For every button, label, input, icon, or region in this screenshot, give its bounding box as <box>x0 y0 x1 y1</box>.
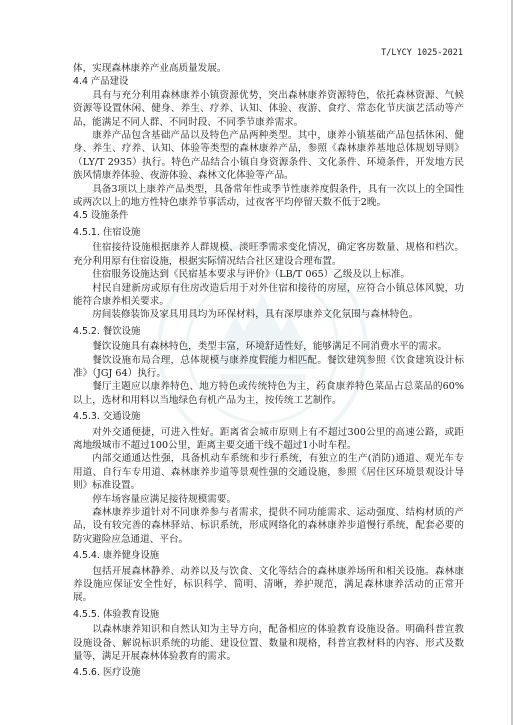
paragraph: 以森林康养知识和自然认知为主导方向，配备相应的体验教育设施设备。明确科普宣教设施… <box>73 623 464 663</box>
paragraph: 森林康养步道针对不同康养参与者需求，提供不同功能需求、运动强度、结构材质的产品，… <box>73 506 464 546</box>
section-heading-4-4: 4.4 产品建设 <box>73 75 464 88</box>
paragraph: 对外交通便捷，可进入性好。距离省会城市原则上有不超过300公里的高速公路，或距离… <box>73 426 464 453</box>
paragraph: 住宿接待设施根据康养人群规模、淡旺季需求变化情况，确定客房数量、规格和档次。充分… <box>73 241 464 268</box>
paragraph: 内部交通通达性强，具备机动车系统和步行系统，有独立的生产(消防)通道、观光车专用… <box>73 452 464 492</box>
paragraph: 康养产品包含基础产品以及特色产品两种类型。其中，康养小镇基础产品包括休闲、健身、… <box>73 129 464 183</box>
paragraph: 体，实现森林康养产业高质量发展。 <box>73 62 464 75</box>
section-heading-4-5-4: 4.5.4. 康养健身设施 <box>73 549 464 562</box>
document-code: T/LYCY 1025-2021 <box>380 48 463 58</box>
section-heading-4-5-3: 4.5.3. 交通设施 <box>73 410 464 423</box>
paragraph: 餐饮设施具有森林特色，类型丰富，环境舒适性好，能够满足不同消费水平的需求。 <box>73 340 464 353</box>
paragraph: 停车场容量应满足接待规模需要。 <box>73 493 464 506</box>
paragraph: 包括开展森林静养、动养以及与饮食、文化等结合的森林康养场所和相关设施。森林康养设… <box>73 565 464 605</box>
section-heading-4-5-6: 4.5.6. 医疗设施 <box>73 666 464 679</box>
paragraph: 餐厅主题应以康养特色、地方特色或传统特色为主，药食康养特色菜品占总菜品的60%以… <box>73 380 464 407</box>
document-body: 体，实现森林康养产业高质量发展。 4.4 产品建设 具有与充分利用森林康养小镇资… <box>73 62 464 682</box>
paragraph: 具备3项以上康养产品类型，具备常年性或季节性康养度假条件，具有一次以上的全国性或… <box>73 183 464 210</box>
section-heading-4-5-5: 4.5.5. 体验教育设施 <box>73 608 464 621</box>
paragraph: 住宿服务设施达到《民宿基本要求与评价》（LB/T 065）乙级及以上标准。 <box>73 268 464 281</box>
document-page: T/LYCY 1025-2021 体，实现森林康养产业高质量发展。 4.4 产品… <box>0 0 512 725</box>
paragraph: 具有与充分利用森林康养小镇资源优势，突出森林康养资源特色，依托森林资源、气候资源… <box>73 89 464 129</box>
paragraph: 村民自建新房或原有住房改造后用于对外住宿和接待的房屋，应符合小镇总体风貌，功能符… <box>73 282 464 309</box>
section-heading-4-5-1: 4.5.1. 住宿设施 <box>73 226 464 239</box>
section-heading-4-5-2: 4.5.2. 餐饮设施 <box>73 325 464 338</box>
section-heading-4-5: 4.5 设施条件 <box>73 209 464 222</box>
paragraph: 房间装修装饰及家具用具均为环保材料，具有深厚康养文化氛围与森林特色。 <box>73 308 464 321</box>
paragraph: 餐饮设施布局合理，总体规模与康养度假能力相匹配。餐饮建筑参照《饮食建筑设计标准》… <box>73 354 464 381</box>
